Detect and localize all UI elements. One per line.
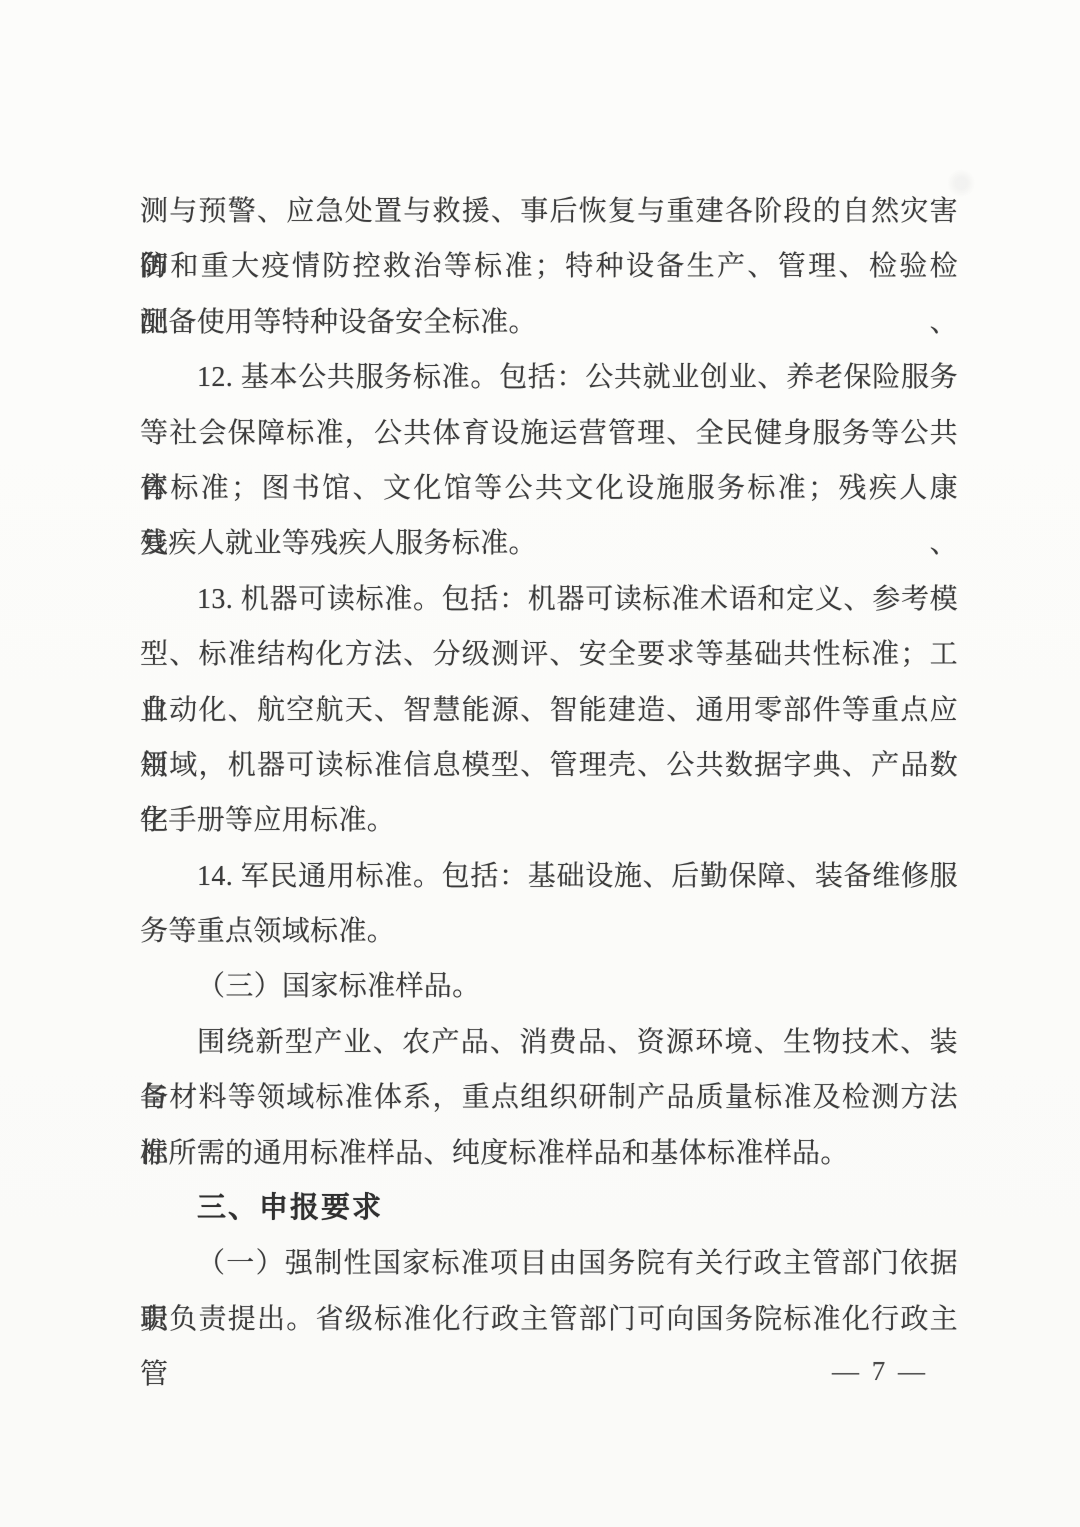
document-line: 测与预警、应急处置与救援、事后恢复与重建各阶段的自然灾害防	[140, 184, 958, 239]
document-line: 务等重点领域标准。	[140, 904, 958, 959]
document-line: 准所需的通用标准样品、纯度标准样品和基体标准样品。	[140, 1126, 958, 1181]
document-text-block: 测与预警、应急处置与救援、事后恢复与重建各阶段的自然灾害防御和重大疫情防控救治等…	[140, 184, 958, 1347]
document-line: 御和重大疫情防控救治等标准；特种设备生产、管理、检验检测、	[140, 239, 958, 294]
document-line: 自动化、航空航天、智慧能源、智能建造、通用零部件等重点应用	[140, 683, 958, 738]
document-line: （三）国家标准样品。	[140, 959, 958, 1014]
document-line: 化手册等应用标准。	[140, 793, 958, 848]
document-line: 型、标准结构化方法、分级测评、安全要求等基础共性标准；工业	[140, 627, 958, 682]
document-line: 13. 机器可读标准。包括：机器可读标准术语和定义、参考模	[140, 572, 958, 627]
document-line: 12. 基本公共服务标准。包括：公共就业创业、养老保险服务	[140, 350, 958, 405]
document-line: 育标准；图书馆、文化馆等公共文化设施服务标准；残疾人康复、	[140, 461, 958, 516]
page-number: — 7 —	[832, 1356, 928, 1387]
document-line: 等社会保障标准，公共体育设施运营管理、全民健身服务等公共体	[140, 406, 958, 461]
document-line: 责负责提出。省级标准化行政主管部门可向国务院标准化行政主管	[140, 1292, 958, 1347]
document-line: 与材料等领域标准体系，重点组织研制产品质量标准及检测方法标	[140, 1070, 958, 1125]
document-page: 测与预警、应急处置与救援、事后恢复与重建各阶段的自然灾害防御和重大疫情防控救治等…	[140, 184, 958, 1347]
section-heading-line: 三、申报要求	[140, 1181, 958, 1236]
document-line: 14. 军民通用标准。包括：基础设施、后勤保障、装备维修服	[140, 849, 958, 904]
document-line: 领域，机器可读标准信息模型、管理壳、公共数据字典、产品数字	[140, 738, 958, 793]
document-line: 围绕新型产业、农产品、消费品、资源环境、生物技术、装备	[140, 1015, 958, 1070]
document-line: （一）强制性国家标准项目由国务院有关行政主管部门依据职	[140, 1236, 958, 1291]
